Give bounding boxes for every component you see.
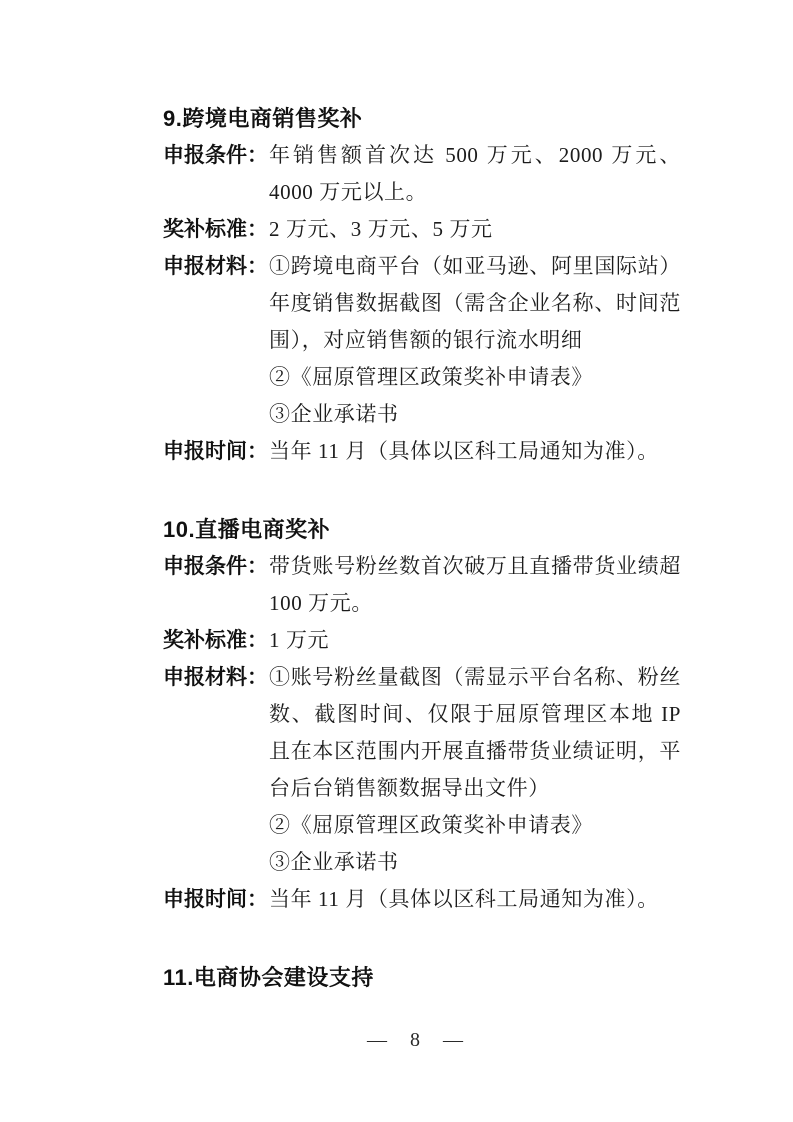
field-label: 申报时间： <box>163 881 269 918</box>
field-application-time: 申报时间： 当年 11 月（具体以区科工局通知为准）。 <box>163 881 681 918</box>
section-heading: 9.跨境电商销售奖补 <box>163 100 681 137</box>
material-item: ③企业承诺书 <box>269 844 681 881</box>
materials-list: ①账号粉丝量截图（需显示平台名称、粉丝数、截图时间、仅限于屈原管理区本地 IP … <box>269 659 681 881</box>
material-item: ②《屈原管理区政策奖补申请表》 <box>269 807 681 844</box>
section-heading: 11.电商协会建设支持 <box>163 959 681 996</box>
section-heading: 10.直播电商奖补 <box>163 511 681 548</box>
field-application-materials: 申报材料： ①账号粉丝量截图（需显示平台名称、粉丝数、截图时间、仅限于屈原管理区… <box>163 659 681 881</box>
field-award-standard: 奖补标准： 1 万元 <box>163 622 681 659</box>
page-number: — 8 — <box>0 1023 793 1057</box>
field-application-materials: 申报材料： ①跨境电商平台（如亚马逊、阿里国际站）年度销售数据截图（需含企业名称… <box>163 248 681 433</box>
field-label: 申报条件： <box>163 548 269 585</box>
field-label: 申报材料： <box>163 248 269 285</box>
field-value: 2 万元、3 万元、5 万元 <box>269 211 681 248</box>
material-item: ①跨境电商平台（如亚马逊、阿里国际站）年度销售数据截图（需含企业名称、时间范围）… <box>269 248 681 359</box>
field-value: 年销售额首次达 500 万元、2000 万元、4000 万元以上。 <box>269 137 681 211</box>
field-label: 奖补标准： <box>163 211 269 248</box>
section-cross-border-ecommerce-award: 9.跨境电商销售奖补 申报条件： 年销售额首次达 500 万元、2000 万元、… <box>163 100 681 470</box>
document-page: 9.跨境电商销售奖补 申报条件： 年销售额首次达 500 万元、2000 万元、… <box>0 0 793 1122</box>
material-item: ①账号粉丝量截图（需显示平台名称、粉丝数、截图时间、仅限于屈原管理区本地 IP … <box>269 659 681 807</box>
field-application-conditions: 申报条件： 带货账号粉丝数首次破万且直播带货业绩超 100 万元。 <box>163 548 681 622</box>
field-value: 当年 11 月（具体以区科工局通知为准）。 <box>269 881 681 918</box>
field-label: 申报时间： <box>163 433 269 470</box>
field-value: 1 万元 <box>269 622 681 659</box>
field-label: 申报材料： <box>163 659 269 696</box>
field-label: 奖补标准： <box>163 622 269 659</box>
field-value: 当年 11 月（具体以区科工局通知为准）。 <box>269 433 681 470</box>
field-application-time: 申报时间： 当年 11 月（具体以区科工局通知为准）。 <box>163 433 681 470</box>
material-item: ②《屈原管理区政策奖补申请表》 <box>269 359 681 396</box>
field-award-standard: 奖补标准： 2 万元、3 万元、5 万元 <box>163 211 681 248</box>
material-item: ③企业承诺书 <box>269 396 681 433</box>
field-label: 申报条件： <box>163 137 269 174</box>
section-ecommerce-association-support: 11.电商协会建设支持 <box>163 959 681 996</box>
section-livestream-ecommerce-award: 10.直播电商奖补 申报条件： 带货账号粉丝数首次破万且直播带货业绩超 100 … <box>163 511 681 918</box>
field-value: 带货账号粉丝数首次破万且直播带货业绩超 100 万元。 <box>269 548 681 622</box>
field-application-conditions: 申报条件： 年销售额首次达 500 万元、2000 万元、4000 万元以上。 <box>163 137 681 211</box>
document-content: 9.跨境电商销售奖补 申报条件： 年销售额首次达 500 万元、2000 万元、… <box>163 100 681 996</box>
materials-list: ①跨境电商平台（如亚马逊、阿里国际站）年度销售数据截图（需含企业名称、时间范围）… <box>269 248 681 433</box>
page-number-text: — 8 — <box>367 1023 464 1057</box>
